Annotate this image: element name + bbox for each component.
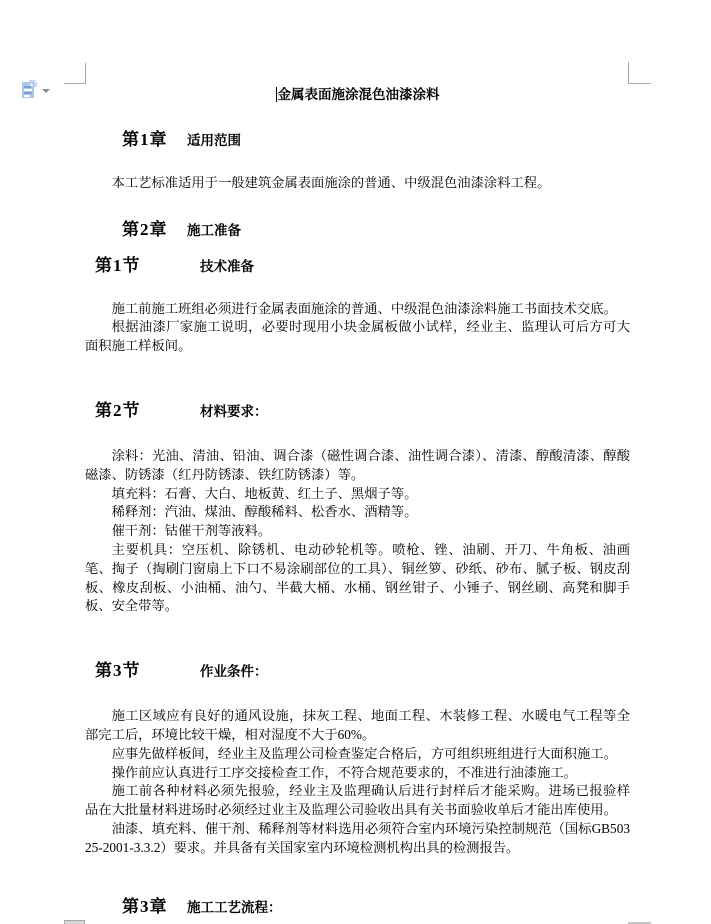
paragraph[interactable]: 应事先做样板间，经业主及监理公司检查鉴定合格后，方可组织班组进行大面积施工。	[85, 745, 630, 764]
chapter-number: 第1章	[122, 129, 168, 151]
document-text-area[interactable]: 金属表面施涂混色油漆涂料 第1章适用范围本工艺标准适用于一般建筑金属表面施涂的普…	[85, 84, 630, 918]
paragraph[interactable]: 根据油漆厂家施工说明，必要时现用小块金属板做小试样，经业主、监理认可后方可大面积…	[85, 318, 630, 356]
paragraph[interactable]: 催干剂：钴催干剂等液料。	[85, 522, 630, 541]
section-label: 材料要求：	[200, 403, 268, 420]
section-heading[interactable]: 第3节作业条件：	[85, 660, 630, 682]
text-boundary-mark-top-left	[85, 63, 86, 84]
section-label: 作业条件：	[200, 663, 268, 680]
text-boundary-mark-top-left	[64, 83, 86, 84]
paragraph[interactable]: 油漆、填充料、催干剂、稀释剂等材料选用必须符合室内环境污染控制规范（国标GB50…	[85, 820, 630, 858]
section-heading[interactable]: 第2节材料要求：	[85, 400, 630, 422]
document-page[interactable]: 金属表面施涂混色油漆涂料 第1章适用范围本工艺标准适用于一般建筑金属表面施涂的普…	[0, 0, 711, 924]
section-heading[interactable]: 第1节技术准备	[85, 255, 630, 277]
chapter-label: 施工工艺流程：	[187, 899, 282, 916]
chapter-heading[interactable]: 第2章施工准备	[85, 219, 630, 241]
text-boundary-mark-bottom-left	[64, 920, 85, 924]
document-body: 第1章适用范围本工艺标准适用于一般建筑金属表面施涂的普通、中级混色油漆涂料工程。…	[85, 129, 630, 918]
section-number: 第3节	[95, 660, 141, 682]
paragraph[interactable]: 涂料：光油、清油、铅油、调合漆（磁性调合漆、油性调合漆）、清漆、醇酸清漆、醇酸磁…	[85, 447, 630, 485]
text-boundary-mark-top-right	[628, 62, 629, 83]
chevron-down-icon	[42, 89, 50, 93]
paragraph[interactable]: 施工前各种材料必须先报验，经业主及监理确认后进行封样后才能采购。进场已报验样品在…	[85, 782, 630, 820]
paragraph[interactable]: 操作前应认真进行工序交接检查工作，不符合规范要求的，不准进行油漆施工。	[85, 764, 630, 783]
text-boundary-mark-top-right	[628, 83, 651, 84]
chapter-heading[interactable]: 第1章适用范围	[85, 129, 630, 151]
paste-options-button[interactable]	[20, 78, 52, 102]
chapter-label: 施工准备	[187, 222, 241, 239]
paragraph[interactable]: 稀释剂：汽油、煤油、醇酸稀料、松香水、酒精等。	[85, 503, 630, 522]
paragraph[interactable]: 填充料：石膏、大白、地板黄、红土子、黑烟子等。	[85, 485, 630, 504]
document-title-text: 金属表面施涂混色油漆涂料	[278, 87, 440, 102]
section-number: 第2节	[95, 400, 141, 422]
paragraph[interactable]: 本工艺标准适用于一般建筑金属表面施涂的普通、中级混色油漆涂料工程。	[85, 174, 630, 193]
section-number: 第1节	[95, 255, 141, 277]
text-caret	[276, 87, 277, 102]
document-title[interactable]: 金属表面施涂混色油漆涂料	[85, 86, 630, 105]
chapter-label: 适用范围	[187, 132, 241, 149]
chapter-heading[interactable]: 第3章施工工艺流程：	[85, 896, 630, 918]
chapter-number: 第3章	[122, 896, 168, 918]
paragraph[interactable]: 施工区域应有良好的通风设施，抹灰工程、地面工程、木装修工程、水暖电气工程等全部完…	[85, 707, 630, 745]
chapter-number: 第2章	[122, 219, 168, 241]
paragraph[interactable]: 施工前施工班组必须进行金属表面施涂的普通、中级混色油漆涂料施工书面技术交底。	[85, 300, 630, 319]
section-label: 技术准备	[200, 258, 254, 275]
paragraph[interactable]: 主要机具：空压机、除锈机、电动砂轮机等。喷枪、锉、油刷、开刀、牛角板、油画笔、掏…	[85, 541, 630, 616]
